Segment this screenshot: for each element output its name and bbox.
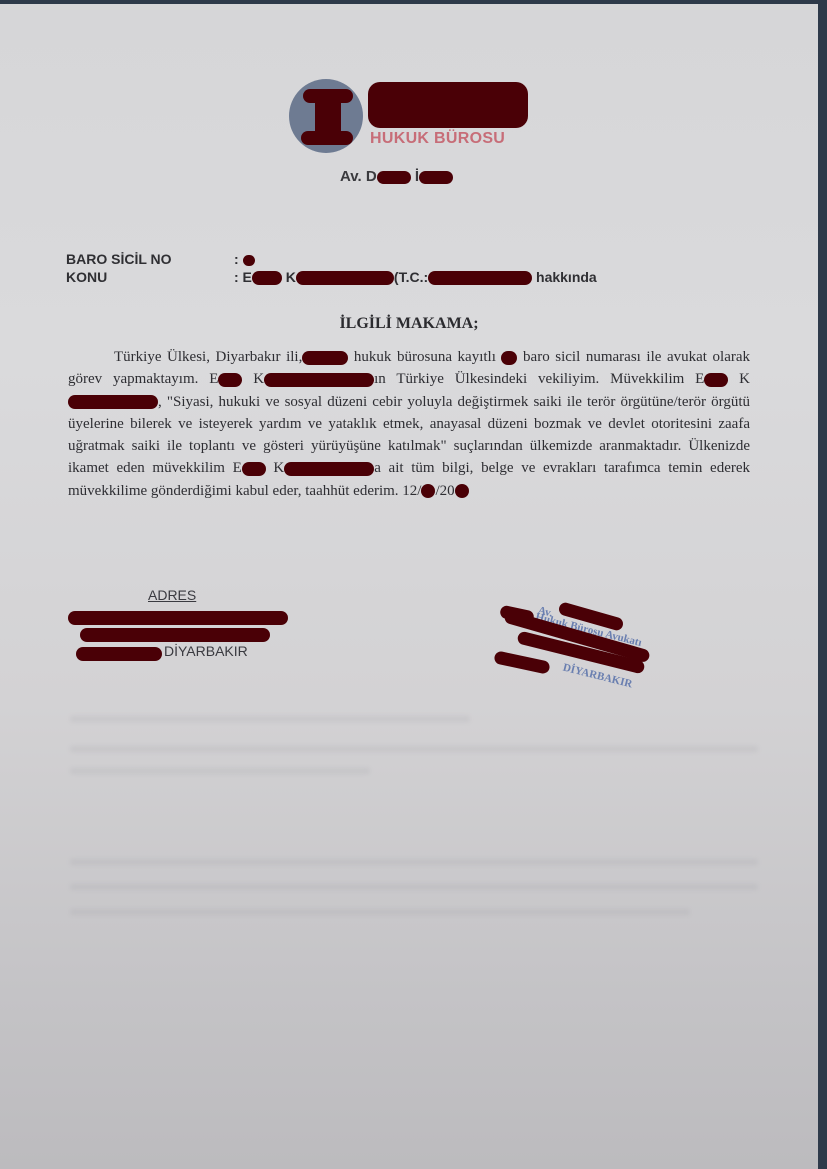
redaction bbox=[501, 351, 517, 365]
bleed-through bbox=[70, 884, 758, 890]
redaction bbox=[252, 271, 282, 285]
bleed-through bbox=[70, 909, 690, 915]
redaction bbox=[368, 82, 528, 128]
redaction bbox=[455, 484, 469, 498]
lawyer-name-prefix: Av. D bbox=[340, 168, 377, 185]
bleed-through bbox=[70, 859, 758, 865]
address-city: DİYARBAKIR bbox=[164, 643, 248, 659]
bleed-through bbox=[70, 768, 370, 774]
lawyer-name: Av. D İ bbox=[340, 168, 453, 185]
lawyer-stamp: Av. Hukuk Bürosu Avukatı DİYARBAKIR bbox=[490, 600, 680, 710]
konu-row: KONU : E K(T.C.: hakkında bbox=[66, 269, 107, 285]
redaction bbox=[704, 373, 728, 387]
bleed-through bbox=[70, 746, 758, 752]
baro-sicil-label: BARO SİCİL NO bbox=[66, 251, 172, 267]
letter-body: Türkiye Ülkesi, Diyarbakır ili, hukuk bü… bbox=[68, 346, 750, 502]
redaction bbox=[80, 628, 270, 642]
address-title: ADRES bbox=[148, 587, 196, 603]
page-title: İLGİLİ MAKAMA; bbox=[0, 315, 818, 333]
redaction bbox=[301, 131, 353, 145]
body-paragraph: Türkiye Ülkesi, Diyarbakır ili, hukuk bü… bbox=[68, 346, 750, 502]
redaction bbox=[428, 271, 532, 285]
redaction bbox=[377, 171, 411, 184]
redaction bbox=[493, 650, 550, 674]
firm-logo bbox=[289, 79, 363, 153]
redaction bbox=[421, 484, 435, 498]
redaction bbox=[242, 462, 266, 476]
baro-sicil-row: BARO SİCİL NO : bbox=[66, 251, 172, 267]
redaction bbox=[264, 373, 374, 387]
redaction bbox=[419, 171, 453, 184]
redaction bbox=[243, 255, 255, 266]
redaction bbox=[218, 373, 242, 387]
redaction bbox=[76, 647, 162, 661]
redaction bbox=[284, 462, 374, 476]
firm-name: HUKUK BÜROSU bbox=[370, 130, 505, 148]
redaction bbox=[68, 611, 288, 625]
bleed-through bbox=[70, 716, 470, 722]
konu-value: : E K(T.C.: hakkında bbox=[234, 269, 597, 285]
redaction bbox=[296, 271, 394, 285]
redaction bbox=[302, 351, 348, 365]
document-page: HUKUK BÜROSU Av. D İ BARO SİCİL NO : KON… bbox=[0, 4, 818, 1169]
baro-sicil-value: : bbox=[234, 251, 255, 267]
redaction bbox=[68, 395, 158, 409]
konu-label: KONU bbox=[66, 269, 107, 285]
